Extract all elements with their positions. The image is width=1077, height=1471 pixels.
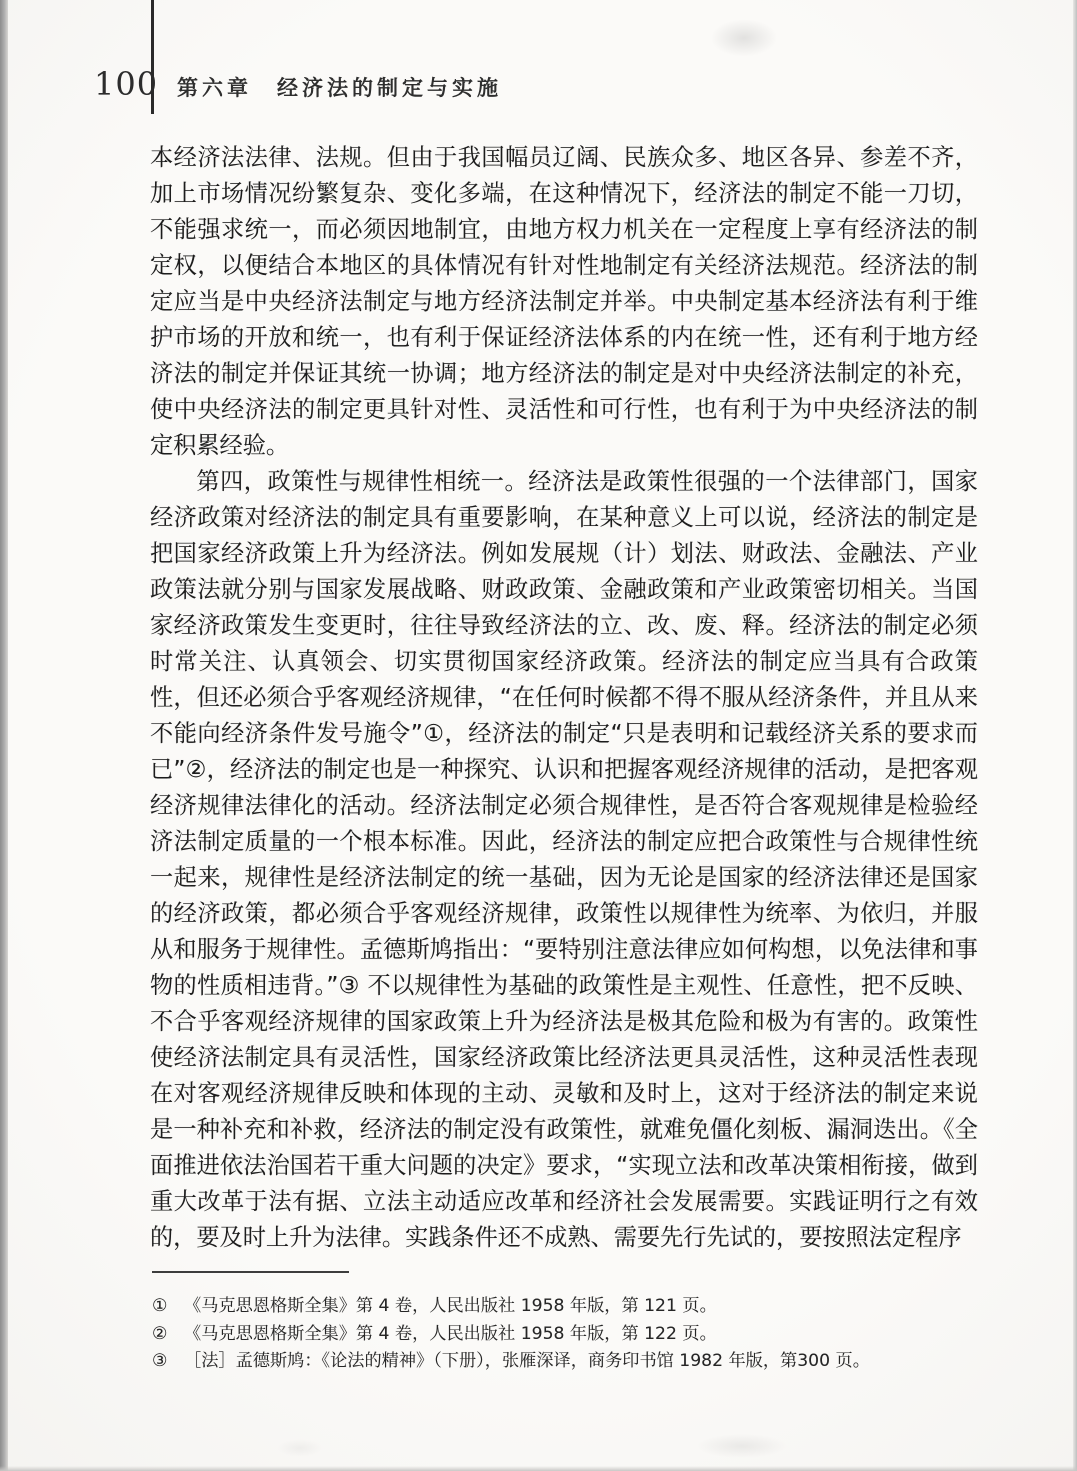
chapter-title: 第六章 经济法的制定与实施 <box>177 76 502 100</box>
scanned-book-page: 100 第六章 经济法的制定与实施 本经济法法律、法规。但由于我国幅员辽阔、民族… <box>0 0 1077 1471</box>
scan-bottom-border <box>0 1466 1077 1471</box>
scan-right-border <box>1073 0 1077 1471</box>
body-paragraph-continuation: 本经济法法律、法规。但由于我国幅员辽阔、民族众多、地区各异、参差不齐，加上市场情… <box>150 140 978 464</box>
footnote-text-2: 《马克思恩格斯全集》第 4 卷，人民出版社 1958 年版，第 122 页。 <box>184 1321 980 1349</box>
scan-left-border <box>0 0 8 1471</box>
footnote-marker-2: ② <box>152 1321 184 1349</box>
body-text: 本经济法法律、法规。但由于我国幅员辽阔、民族众多、地区各异、参差不齐，加上市场情… <box>150 140 978 1256</box>
footnote-item-3: ③ ［法］孟德斯鸠：《论法的精神》（下册），张雁深译，商务印书馆 1982 年版… <box>152 1348 980 1376</box>
body-paragraph-fourth-point: 第四，政策性与规律性相统一。经济法是政策性很强的一个法律部门，国家经济政策对经济… <box>150 464 978 1256</box>
header-divider-rule <box>151 0 154 114</box>
footnote-item-2: ② 《马克思恩格斯全集》第 4 卷，人民出版社 1958 年版，第 122 页。 <box>152 1321 980 1349</box>
page-number: 100 <box>94 68 158 100</box>
footnotes-section: ① 《马克思恩格斯全集》第 4 卷，人民出版社 1958 年版，第 121 页。… <box>152 1293 980 1376</box>
footnote-marker-1: ① <box>152 1293 184 1321</box>
footnote-text-3: ［法］孟德斯鸠：《论法的精神》（下册），张雁深译，商务印书馆 1982 年版，第… <box>184 1348 980 1376</box>
footnote-item-1: ① 《马克思恩格斯全集》第 4 卷，人民出版社 1958 年版，第 121 页。 <box>152 1293 980 1321</box>
footnote-separator-rule <box>152 1271 349 1273</box>
footnote-marker-3: ③ <box>152 1348 184 1376</box>
footnote-text-1: 《马克思恩格斯全集》第 4 卷，人民出版社 1958 年版，第 121 页。 <box>184 1293 980 1321</box>
